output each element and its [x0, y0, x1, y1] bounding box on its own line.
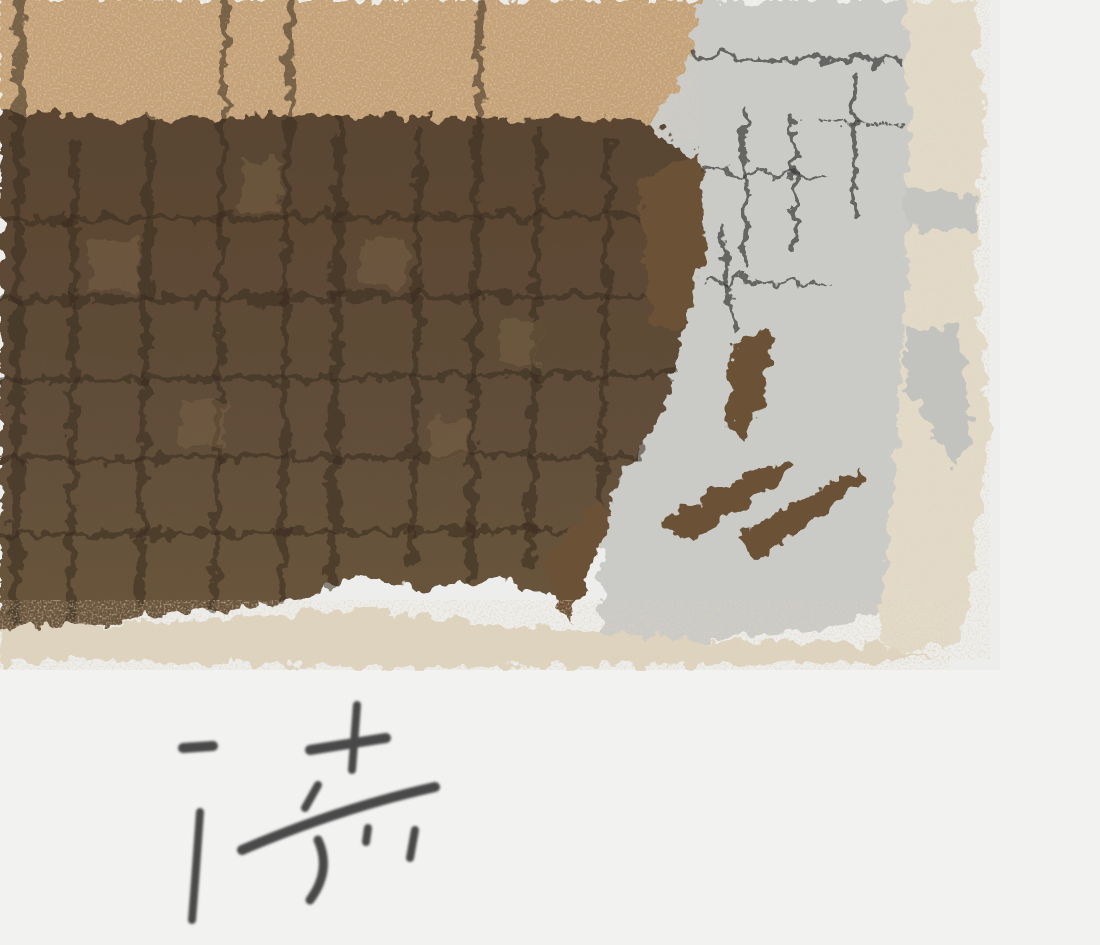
artist-signature — [0, 0, 1100, 945]
artwork-photo: 洪 Close-up of the lower-right corner of … — [0, 0, 1100, 945]
